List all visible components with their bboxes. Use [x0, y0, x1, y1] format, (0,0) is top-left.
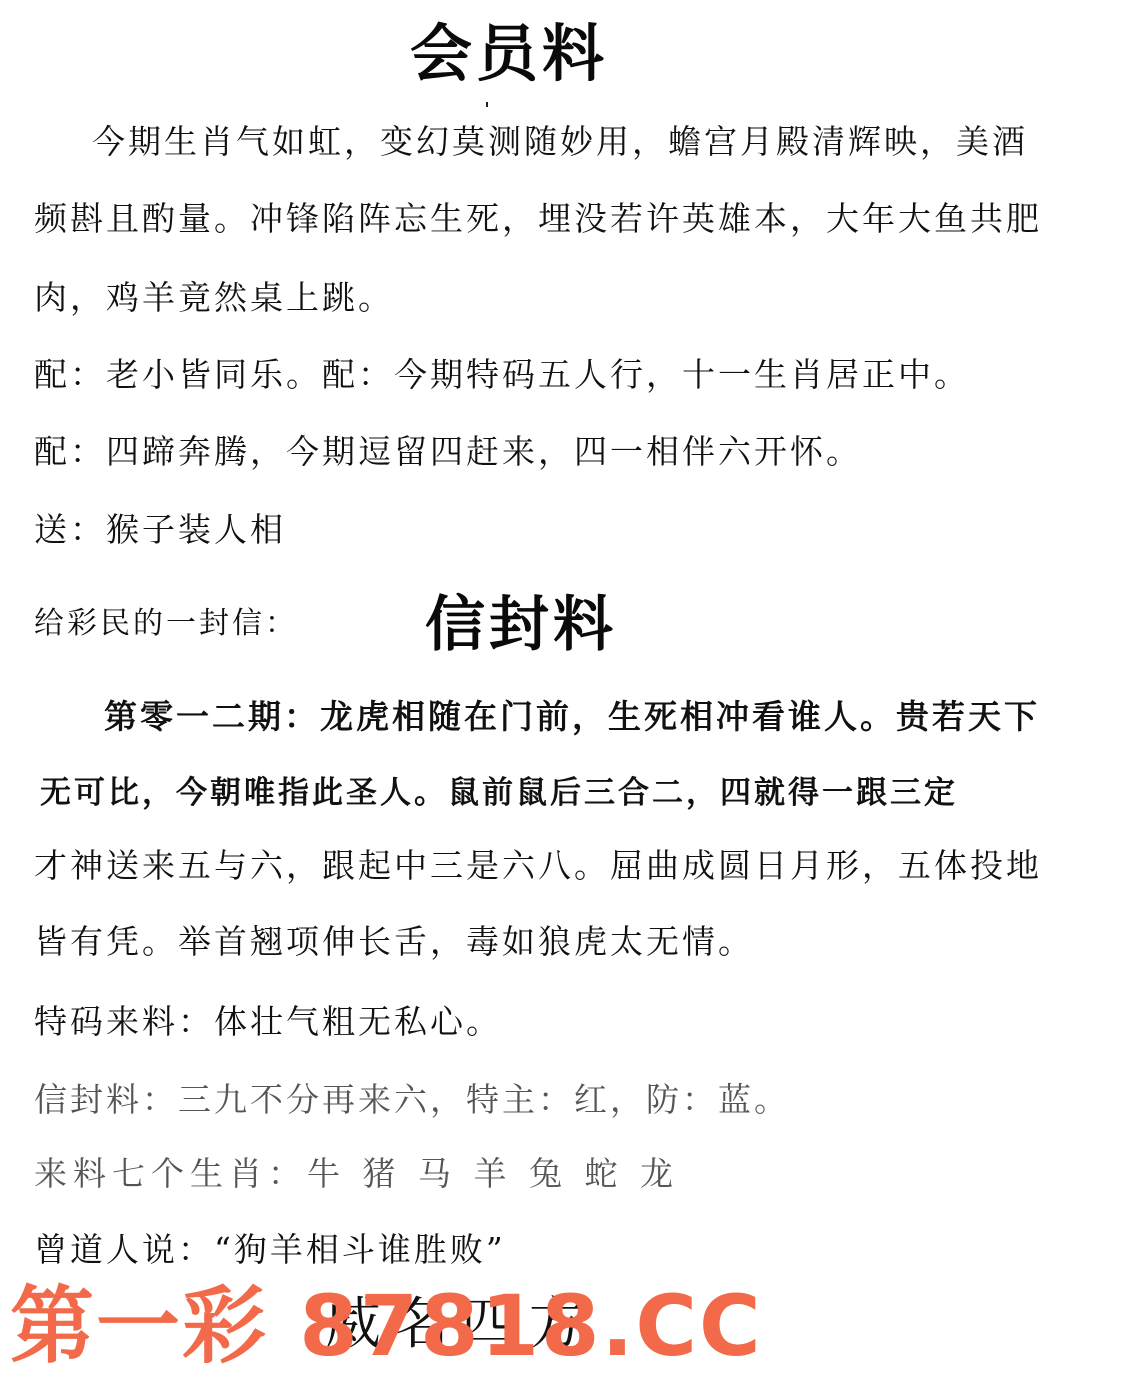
member-pei-line-2: 配：四蹄奔腾，今期逗留四赶来，四一相伴六开怀。: [34, 432, 862, 472]
member-poem-line-3: 肉，鸡羊竟然桌上跳。: [34, 278, 394, 318]
member-section-title: 会员料: [410, 18, 608, 90]
xinfeng-line: 信封料：三九不分再来六，特主：红，防：蓝。: [34, 1080, 790, 1120]
document-page: 会员料 今期生肖气如虹，变幻莫测随妙用，蟾宫月殿清辉映，美酒 频斟且酌量。冲锋陷…: [0, 0, 1147, 1388]
envelope-poem-line-4: 皆有凭。举首翘项伸长舌，毒如狼虎太无情。: [34, 922, 754, 962]
zeng-daoren-line: 曾道人说：“狗羊相斗谁胜败”: [34, 1230, 506, 1270]
seven-zodiac-line: 来料七个生肖：牛 猪 马 羊 兔 蛇 龙: [34, 1154, 679, 1194]
envelope-poem-line-3: 才神送来五与六，跟起中三是六八。屈曲成圆日月形，五体投地: [34, 846, 1042, 886]
member-song-line: 送：猴子装人相: [34, 510, 286, 550]
member-poem-line-1: 今期生肖气如虹，变幻莫测随妙用，蟾宫月殿清辉映，美酒: [92, 122, 1028, 162]
site-watermark: 第一彩 87818.CC: [10, 1278, 763, 1374]
member-poem-line-2: 频斟且酌量。冲锋陷阵忘生死，埋没若许英雄本，大年大鱼共肥: [34, 199, 1042, 239]
member-pei-line-1: 配：老小皆同乐。配：今期特码五人行，十一生肖居正中。: [34, 355, 970, 395]
scan-artifact-dot: [486, 102, 488, 107]
letter-to-players-label: 给彩民的一封信：: [34, 604, 298, 644]
envelope-section-title: 信封料: [425, 590, 617, 660]
envelope-poem-line-1: 第零一二期：龙虎相随在门前，生死相冲看谁人。贵若天下: [104, 697, 1040, 737]
envelope-poem-line-2: 无可比，今朝唯指此圣人。鼠前鼠后三合二，四就得一跟三定: [40, 773, 958, 813]
tema-line: 特码来料：体壮气粗无私心。: [34, 1002, 502, 1042]
